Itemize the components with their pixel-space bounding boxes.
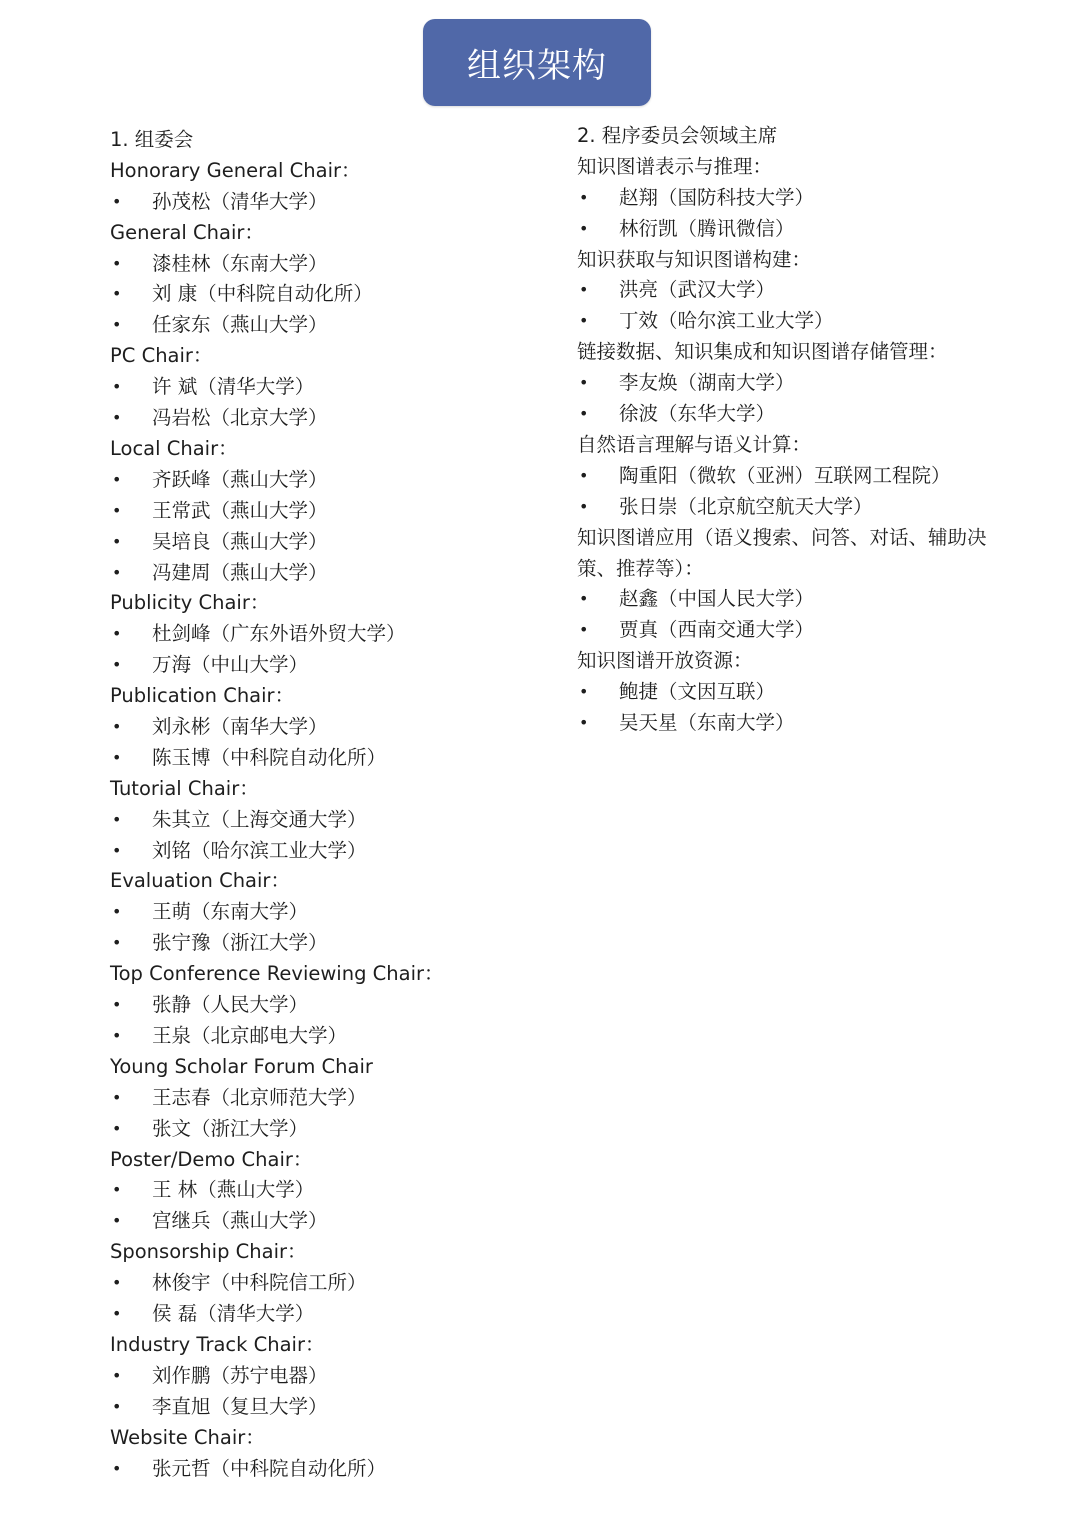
role-label: Local Chair：: [110, 434, 550, 465]
list-item: •赵翔（国防科技大学）: [577, 183, 1007, 214]
group-kg-applications: 知识图谱应用（语义搜索、问答、对话、辅助决策、推荐等）： •赵鑫（中国人民大学）…: [577, 523, 1007, 647]
bullet-icon: •: [577, 584, 619, 615]
member-name: 朱其立（上海交通大学）: [152, 805, 367, 836]
group-honorary-general-chair: Honorary General Chair： •孙茂松（清华大学）: [110, 156, 550, 218]
list-item: •冯建周（燕山大学）: [110, 558, 550, 589]
group-publication-chair: Publication Chair： •刘永彬（南华大学） •陈玉博（中科院自动…: [110, 681, 550, 774]
list-item: •林俊宇（中科院信工所）: [110, 1268, 550, 1299]
list-item: •许 斌（清华大学）: [110, 372, 550, 403]
bullet-icon: •: [110, 990, 152, 1021]
group-pc-chair: PC Chair： •许 斌（清华大学） •冯岩松（北京大学）: [110, 341, 550, 434]
role-label: Honorary General Chair：: [110, 156, 550, 187]
member-name: 刘铭（哈尔滨工业大学）: [152, 836, 367, 867]
list-item: •王萌（东南大学）: [110, 897, 550, 928]
list-item: •陶重阳（微软（亚洲）互联网工程院）: [577, 461, 1007, 492]
member-name: 林俊宇（中科院信工所）: [152, 1268, 367, 1299]
list-item: •杜剑峰（广东外语外贸大学）: [110, 619, 550, 650]
bullet-icon: •: [110, 310, 152, 341]
member-name: 王泉（北京邮电大学）: [152, 1021, 347, 1052]
bullet-icon: •: [110, 1175, 152, 1206]
bullet-icon: •: [110, 743, 152, 774]
list-item: •贾真（西南交通大学）: [577, 615, 1007, 646]
list-item: •刘作鹏（苏宁电器）: [110, 1361, 550, 1392]
area-label: 知识图谱表示与推理：: [577, 152, 1007, 183]
bullet-icon: •: [110, 372, 152, 403]
role-label: Evaluation Chair：: [110, 866, 550, 897]
bullet-icon: •: [110, 1361, 152, 1392]
member-name: 李直旭（复旦大学）: [152, 1392, 328, 1423]
group-local-chair: Local Chair： •齐跃峰（燕山大学） •王常武（燕山大学） •吴培良（…: [110, 434, 550, 588]
list-item: •张日崇（北京航空航天大学）: [577, 492, 1007, 523]
member-name: 李友焕（湖南大学）: [619, 368, 795, 399]
role-label: Publicity Chair：: [110, 588, 550, 619]
member-name: 鲍捷（文因互联）: [619, 677, 775, 708]
bullet-icon: •: [577, 368, 619, 399]
list-item: •王泉（北京邮电大学）: [110, 1021, 550, 1052]
group-publicity-chair: Publicity Chair： •杜剑峰（广东外语外贸大学） •万海（中山大学…: [110, 588, 550, 681]
group-young-scholar-forum-chair: Young Scholar Forum Chair •王志春（北京师范大学） •…: [110, 1052, 550, 1145]
list-item: •李直旭（复旦大学）: [110, 1392, 550, 1423]
group-general-chair: General Chair： •漆桂林（东南大学） •刘 康（中科院自动化所） …: [110, 218, 550, 342]
bullet-icon: •: [110, 1392, 152, 1423]
bullet-icon: •: [577, 275, 619, 306]
group-sponsorship-chair: Sponsorship Chair： •林俊宇（中科院信工所） •侯 磊（清华大…: [110, 1237, 550, 1330]
list-item: •张元哲（中科院自动化所）: [110, 1454, 550, 1485]
member-name: 王常武（燕山大学）: [152, 496, 328, 527]
list-item: •吴天星（东南大学）: [577, 708, 1007, 739]
bullet-icon: •: [110, 712, 152, 743]
bullet-icon: •: [577, 183, 619, 214]
list-item: •孙茂松（清华大学）: [110, 187, 550, 218]
page-title: 组织架构: [467, 38, 607, 87]
bullet-icon: •: [110, 1299, 152, 1330]
group-nlu-semantic-computing: 自然语言理解与语义计算： •陶重阳（微软（亚洲）互联网工程院） •张日崇（北京航…: [577, 430, 1007, 523]
list-item: •李友焕（湖南大学）: [577, 368, 1007, 399]
bullet-icon: •: [577, 492, 619, 523]
list-item: •宫继兵（燕山大学）: [110, 1206, 550, 1237]
bullet-icon: •: [110, 527, 152, 558]
bullet-icon: •: [110, 496, 152, 527]
member-name: 吴培良（燕山大学）: [152, 527, 328, 558]
member-name: 赵翔（国防科技大学）: [619, 183, 814, 214]
area-label: 自然语言理解与语义计算：: [577, 430, 1007, 461]
member-name: 宫继兵（燕山大学）: [152, 1206, 328, 1237]
area-label: 知识获取与知识图谱构建：: [577, 245, 1007, 276]
bullet-icon: •: [110, 187, 152, 218]
list-item: •任家东（燕山大学）: [110, 310, 550, 341]
list-item: •张文（浙江大学）: [110, 1114, 550, 1145]
list-item: •冯岩松（北京大学）: [110, 403, 550, 434]
role-label: General Chair：: [110, 218, 550, 249]
member-name: 吴天星（东南大学）: [619, 708, 795, 739]
area-label: 链接数据、知识集成和知识图谱存储管理：: [577, 337, 1007, 368]
bullet-icon: •: [110, 558, 152, 589]
member-name: 孙茂松（清华大学）: [152, 187, 328, 218]
role-label: Poster/Demo Chair：: [110, 1145, 550, 1176]
bullet-icon: •: [110, 403, 152, 434]
bullet-icon: •: [110, 1206, 152, 1237]
list-item: •张静（人民大学）: [110, 990, 550, 1021]
section-heading-organizing-committee: 1. 组委会: [110, 125, 550, 156]
member-name: 陈玉博（中科院自动化所）: [152, 743, 386, 774]
member-name: 张文（浙江大学）: [152, 1114, 308, 1145]
member-name: 侯 磊（清华大学）: [152, 1299, 314, 1330]
role-label: Industry Track Chair：: [110, 1330, 550, 1361]
list-item: •漆桂林（东南大学）: [110, 249, 550, 280]
list-item: •王 林（燕山大学）: [110, 1175, 550, 1206]
list-item: •王志春（北京师范大学）: [110, 1083, 550, 1114]
area-label: 知识图谱应用（语义搜索、问答、对话、辅助决策、推荐等）：: [577, 523, 1007, 585]
bullet-icon: •: [110, 1083, 152, 1114]
member-name: 冯岩松（北京大学）: [152, 403, 328, 434]
role-label: Tutorial Chair：: [110, 774, 550, 805]
role-label: Young Scholar Forum Chair: [110, 1052, 550, 1083]
member-name: 王萌（东南大学）: [152, 897, 308, 928]
list-item: •王常武（燕山大学）: [110, 496, 550, 527]
program-committee-area-chairs-section: 2. 程序委员会领域主席 知识图谱表示与推理： •赵翔（国防科技大学） •林衍凯…: [577, 121, 1007, 739]
bullet-icon: •: [577, 708, 619, 739]
list-item: •鲍捷（文因互联）: [577, 677, 1007, 708]
member-name: 万海（中山大学）: [152, 650, 308, 681]
member-name: 王 林（燕山大学）: [152, 1175, 314, 1206]
member-name: 张静（人民大学）: [152, 990, 308, 1021]
bullet-icon: •: [110, 249, 152, 280]
list-item: •刘铭（哈尔滨工业大学）: [110, 836, 550, 867]
member-name: 徐波（东华大学）: [619, 399, 775, 430]
bullet-icon: •: [577, 214, 619, 245]
list-item: •朱其立（上海交通大学）: [110, 805, 550, 836]
group-knowledge-acquisition-kg-construction: 知识获取与知识图谱构建： •洪亮（武汉大学） •丁效（哈尔滨工业大学）: [577, 245, 1007, 338]
bullet-icon: •: [110, 1114, 152, 1145]
bullet-icon: •: [110, 1454, 152, 1485]
member-name: 张宁豫（浙江大学）: [152, 928, 328, 959]
group-kg-open-resources: 知识图谱开放资源： •鲍捷（文因互联） •吴天星（东南大学）: [577, 646, 1007, 739]
member-name: 齐跃峰（燕山大学）: [152, 465, 328, 496]
list-item: •万海（中山大学）: [110, 650, 550, 681]
list-item: •徐波（东华大学）: [577, 399, 1007, 430]
member-name: 张元哲（中科院自动化所）: [152, 1454, 386, 1485]
bullet-icon: •: [110, 805, 152, 836]
list-item: •刘永彬（南华大学）: [110, 712, 550, 743]
member-name: 赵鑫（中国人民大学）: [619, 584, 814, 615]
bullet-icon: •: [577, 399, 619, 430]
role-label: Top Conference Reviewing Chair：: [110, 959, 550, 990]
member-name: 王志春（北京师范大学）: [152, 1083, 367, 1114]
list-item: •陈玉博（中科院自动化所）: [110, 743, 550, 774]
group-evaluation-chair: Evaluation Chair： •王萌（东南大学） •张宁豫（浙江大学）: [110, 866, 550, 959]
member-name: 贾真（西南交通大学）: [619, 615, 814, 646]
member-name: 洪亮（武汉大学）: [619, 275, 775, 306]
role-label: Website Chair：: [110, 1423, 550, 1454]
bullet-icon: •: [577, 306, 619, 337]
group-linked-data-integration-storage: 链接数据、知识集成和知识图谱存储管理： •李友焕（湖南大学） •徐波（东华大学）: [577, 337, 1007, 430]
list-item: •洪亮（武汉大学）: [577, 275, 1007, 306]
member-name: 刘永彬（南华大学）: [152, 712, 328, 743]
list-item: •丁效（哈尔滨工业大学）: [577, 306, 1007, 337]
group-poster-demo-chair: Poster/Demo Chair： •王 林（燕山大学） •宫继兵（燕山大学）: [110, 1145, 550, 1238]
bullet-icon: •: [110, 928, 152, 959]
group-top-conference-reviewing-chair: Top Conference Reviewing Chair： •张静（人民大学…: [110, 959, 550, 1052]
group-kg-representation-reasoning: 知识图谱表示与推理： •赵翔（国防科技大学） •林衍凯（腾讯微信）: [577, 152, 1007, 245]
bullet-icon: •: [110, 897, 152, 928]
group-tutorial-chair: Tutorial Chair： •朱其立（上海交通大学） •刘铭（哈尔滨工业大学…: [110, 774, 550, 867]
bullet-icon: •: [110, 836, 152, 867]
member-name: 杜剑峰（广东外语外贸大学）: [152, 619, 406, 650]
page-title-box: 组织架构: [423, 19, 651, 106]
list-item: •刘 康（中科院自动化所）: [110, 279, 550, 310]
bullet-icon: •: [110, 619, 152, 650]
member-name: 冯建周（燕山大学）: [152, 558, 328, 589]
bullet-icon: •: [577, 461, 619, 492]
member-name: 漆桂林（东南大学）: [152, 249, 328, 280]
bullet-icon: •: [110, 1268, 152, 1299]
list-item: •张宁豫（浙江大学）: [110, 928, 550, 959]
group-website-chair: Website Chair： •张元哲（中科院自动化所）: [110, 1423, 550, 1485]
bullet-icon: •: [110, 1021, 152, 1052]
organizing-committee-section: 1. 组委会 Honorary General Chair： •孙茂松（清华大学…: [110, 125, 550, 1484]
bullet-icon: •: [577, 677, 619, 708]
bullet-icon: •: [110, 465, 152, 496]
role-label: Sponsorship Chair：: [110, 1237, 550, 1268]
section-heading-program-committee: 2. 程序委员会领域主席: [577, 121, 1007, 152]
member-name: 任家东（燕山大学）: [152, 310, 328, 341]
role-label: Publication Chair：: [110, 681, 550, 712]
member-name: 张日崇（北京航空航天大学）: [619, 492, 873, 523]
member-name: 丁效（哈尔滨工业大学）: [619, 306, 834, 337]
list-item: •吴培良（燕山大学）: [110, 527, 550, 558]
member-name: 刘 康（中科院自动化所）: [152, 279, 373, 310]
member-name: 陶重阳（微软（亚洲）互联网工程院）: [619, 461, 951, 492]
list-item: •侯 磊（清华大学）: [110, 1299, 550, 1330]
member-name: 林衍凯（腾讯微信）: [619, 214, 795, 245]
member-name: 许 斌（清华大学）: [152, 372, 314, 403]
role-label: PC Chair：: [110, 341, 550, 372]
bullet-icon: •: [110, 650, 152, 681]
bullet-icon: •: [110, 279, 152, 310]
group-industry-track-chair: Industry Track Chair： •刘作鹏（苏宁电器） •李直旭（复旦…: [110, 1330, 550, 1423]
area-label: 知识图谱开放资源：: [577, 646, 1007, 677]
list-item: •林衍凯（腾讯微信）: [577, 214, 1007, 245]
list-item: •赵鑫（中国人民大学）: [577, 584, 1007, 615]
member-name: 刘作鹏（苏宁电器）: [152, 1361, 328, 1392]
list-item: •齐跃峰（燕山大学）: [110, 465, 550, 496]
bullet-icon: •: [577, 615, 619, 646]
